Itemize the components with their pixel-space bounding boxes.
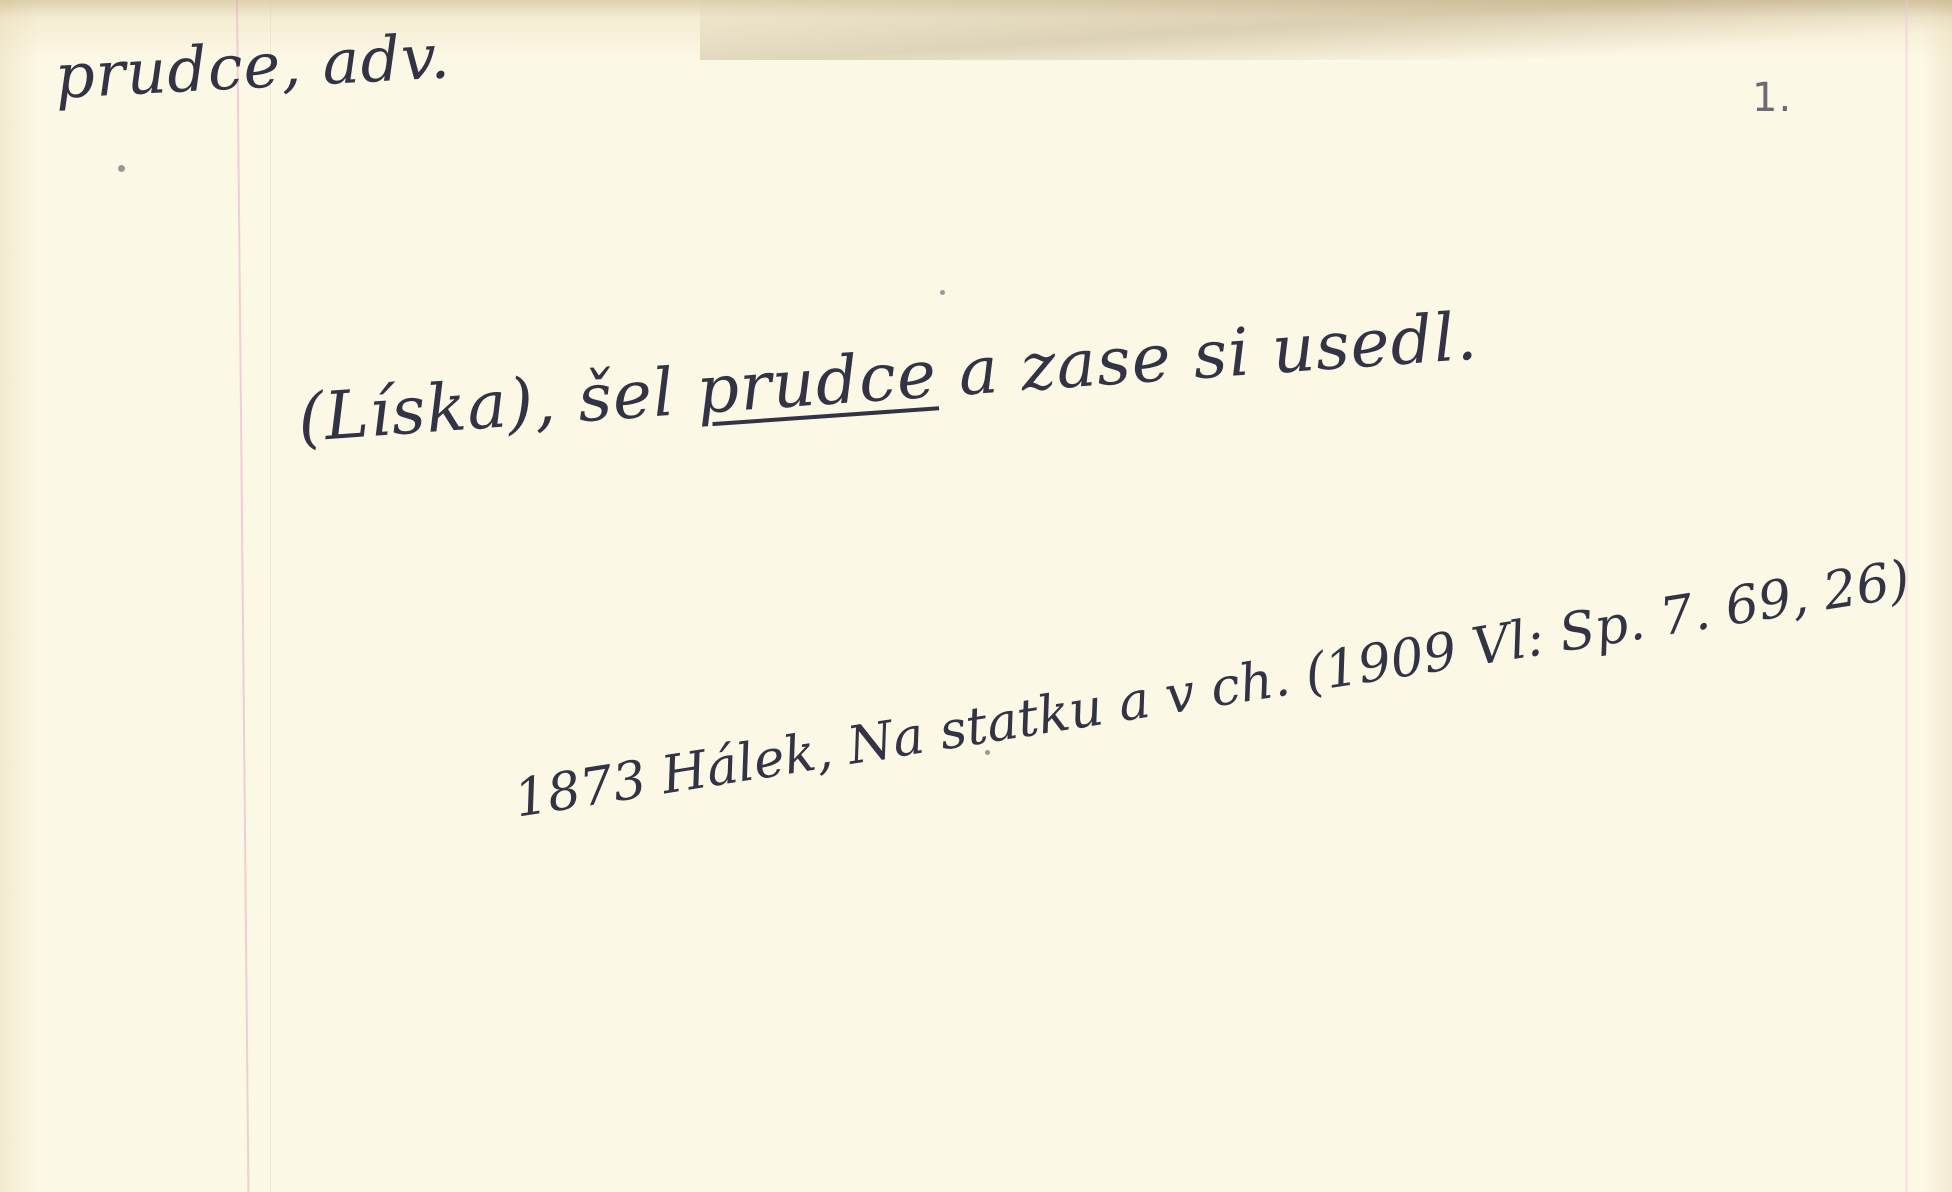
quotation-suffix: a zase si usedl. [934,298,1480,413]
margin-guide [270,0,271,1192]
source-citation: 1873 Hálek, Na statku a v ch. (1909 Vl: … [510,550,1914,830]
quotation-prefix: (Líska), šel [295,352,699,457]
quotation: (Líska), šel prudce a zase si usedl. [295,298,1480,457]
index-card: prudce, adv. 1. (Líska), šel prudce a za… [0,0,1952,1192]
paper-fold-shadow [700,0,1952,60]
ink-speck [118,165,125,172]
headword: prudce, adv. [53,19,452,113]
ink-speck [985,750,990,755]
quotation-keyword: prudce [694,335,939,429]
ink-speck [940,290,945,295]
margin-line [236,0,249,1192]
card-number: 1. [1752,75,1792,121]
